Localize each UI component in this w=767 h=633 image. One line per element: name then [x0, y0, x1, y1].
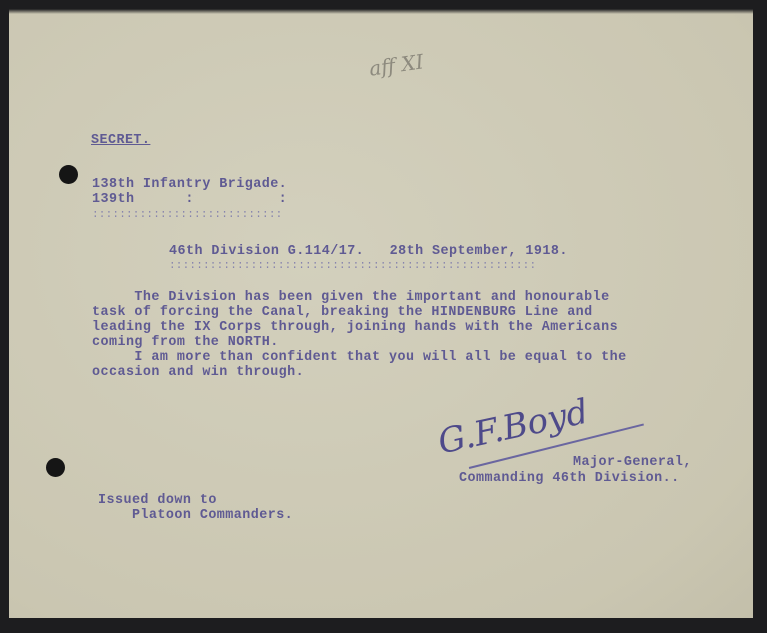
- addressee-rule: ::::::::::::::::::::::::::::: [92, 208, 282, 223]
- distribution-line-1: Issued down to: [98, 493, 217, 508]
- body-line-3: leading the IX Corps through, joining ha…: [92, 320, 618, 335]
- body-line-5: I am more than confident that you will a…: [92, 350, 627, 365]
- distribution-line-2: Platoon Commanders.: [98, 508, 293, 523]
- handwritten-signature: G.F.Boyd: [435, 392, 592, 463]
- torn-top-edge: [9, 9, 753, 14]
- addressee-line-1: 138th Infantry Brigade.: [92, 177, 287, 192]
- addressee-line-2: 139th : :: [92, 192, 287, 207]
- classification-heading: SECRET.: [91, 133, 150, 148]
- punch-hole-bottom: [46, 458, 65, 477]
- signatory-command: Commanding 46th Division..: [459, 471, 680, 486]
- letter-page: aff XI SECRET. 138th Infantry Brigade. 1…: [9, 9, 753, 618]
- body-line-1: The Division has been given the importan…: [92, 290, 610, 305]
- body-line-6: occasion and win through.: [92, 365, 304, 380]
- body-line-2: task of forcing the Canal, breaking the …: [92, 305, 593, 320]
- body-line-4: coming from the NORTH.: [92, 335, 279, 350]
- punch-hole-top: [59, 165, 78, 184]
- reference-line: 46th Division G.114/17. 28th September, …: [169, 244, 568, 259]
- pencil-annotation: aff XI: [368, 49, 425, 80]
- reference-rule: ::::::::::::::::::::::::::::::::::::::::…: [169, 259, 536, 274]
- signatory-rank: Major-General,: [573, 455, 692, 470]
